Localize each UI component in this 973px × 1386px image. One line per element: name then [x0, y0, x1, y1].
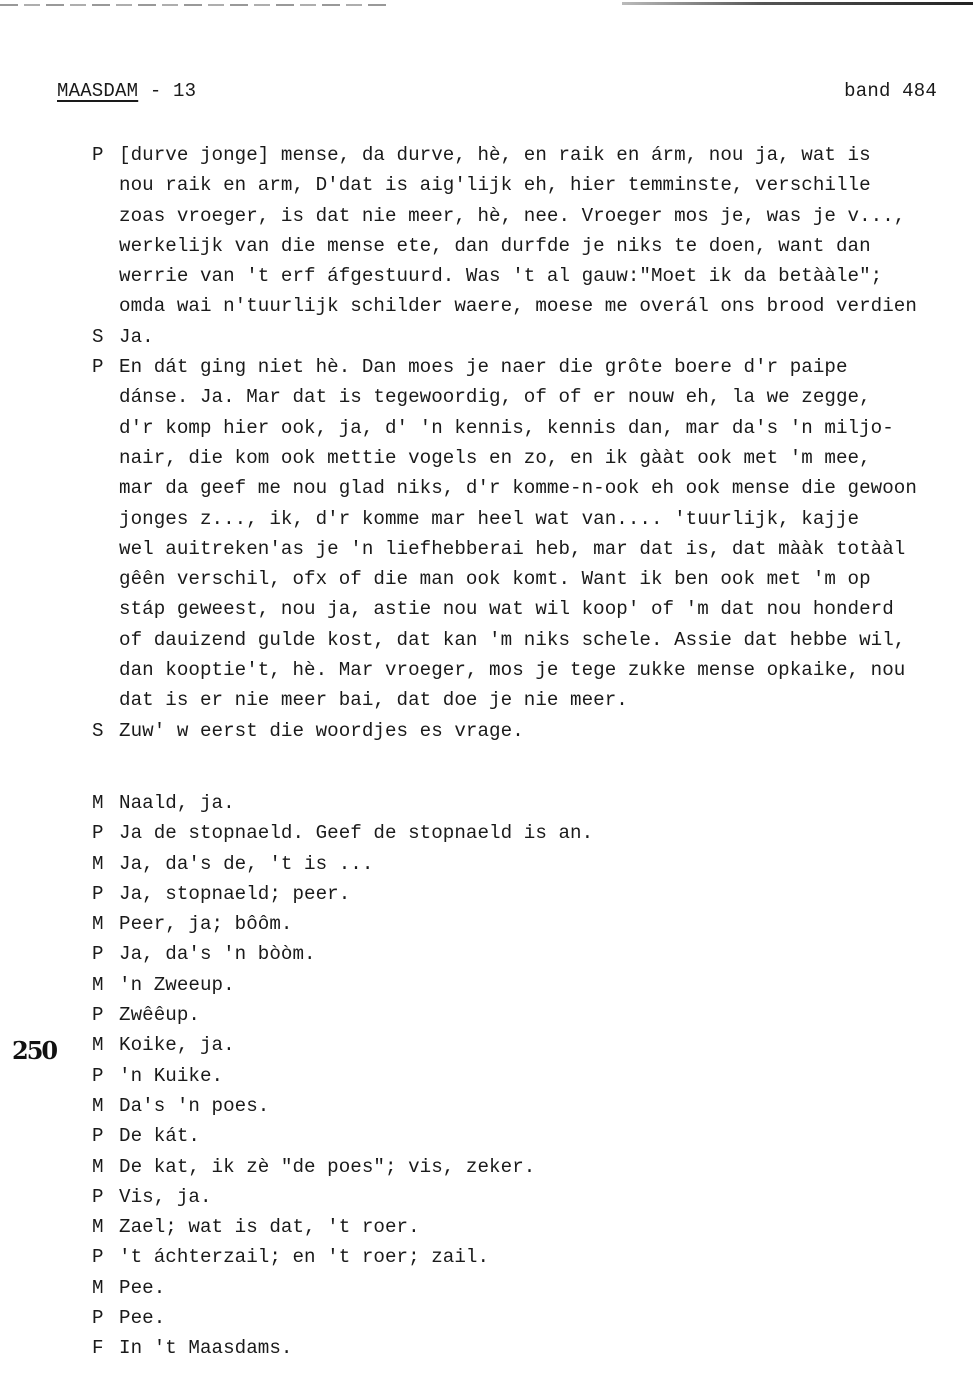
margin-tape-counter: 250: [12, 1036, 56, 1065]
transcript-word-list: MNaald, ja.PJa de stopnaeld. Geef de sto…: [92, 788, 972, 1364]
utterance-text: dánse. Ja. Mar dat is tegewoordig, of of…: [119, 386, 871, 408]
transcript-line: SJa.: [92, 322, 972, 352]
utterance-text: Ja.: [119, 326, 154, 348]
speaker-label: P: [92, 1121, 119, 1151]
speaker-label: M: [92, 970, 119, 1000]
speaker-label: P: [92, 1000, 119, 1030]
speaker-label: P: [92, 1303, 119, 1333]
speaker-label: P: [92, 1182, 119, 1212]
utterance-text: Zuw' w eerst die woordjes es vrage.: [119, 720, 524, 742]
utterance-text: 'n Kuike.: [119, 1065, 223, 1087]
transcript-line: P[durve jonge] mense, da durve, hè, en r…: [92, 140, 972, 170]
utterance-text: Pee.: [119, 1277, 165, 1299]
transcript-dialogue: P[durve jonge] mense, da durve, hè, en r…: [92, 140, 972, 746]
utterance-text: De kat, ik zè "de poes"; vis, zeker.: [119, 1156, 535, 1178]
transcript-line: P'n Kuike.: [92, 1061, 972, 1091]
utterance-text: dat is er nie meer bai, dat doe je nie m…: [119, 689, 628, 711]
transcript-line: MZael; wat is dat, 't roer.: [92, 1212, 972, 1242]
utterance-text: omda wai n'tuurlijk schilder waere, moes…: [119, 295, 917, 317]
transcript-line: PEn dát ging niet hè. Dan moes je naer d…: [92, 352, 972, 382]
speaker-label: M: [92, 1030, 119, 1060]
speaker-label: M: [92, 1152, 119, 1182]
transcript-line: SZuw' w eerst die woordjes es vrage.: [92, 716, 972, 746]
speaker-label: M: [92, 1273, 119, 1303]
utterance-text: Vis, ja.: [119, 1186, 212, 1208]
utterance-text: 't áchterzail; en 't roer; zail.: [119, 1246, 489, 1268]
transcript-line-continuation: d'r komp hier ook, ja, d' 'n kennis, ken…: [92, 413, 972, 443]
transcript-line-continuation: zoas vroeger, is dat nie meer, hè, nee. …: [92, 201, 972, 231]
transcript-line-continuation: werkelijk van die mense ete, dan durfde …: [92, 231, 972, 261]
band-number: band 484: [844, 80, 937, 102]
transcript-line: M'n Zweeup.: [92, 970, 972, 1000]
utterance-text: Peer, ja; bôôm.: [119, 913, 292, 935]
utterance-text: [durve jonge] mense, da durve, hè, en ra…: [119, 144, 871, 166]
transcript-line: P't áchterzail; en 't roer; zail.: [92, 1242, 972, 1272]
utterance-text: stáp geweest, nou ja, astie nou wat wil …: [119, 598, 894, 620]
transcript-line-continuation: nair, die kom ook mettie vogels en zo, e…: [92, 443, 972, 473]
transcript-line: MDe kat, ik zè "de poes"; vis, zeker.: [92, 1152, 972, 1182]
utterance-text: Naald, ja.: [119, 792, 235, 814]
transcript-line: MJa, da's de, 't is ...: [92, 849, 972, 879]
speaker-label: P: [92, 1061, 119, 1091]
transcript-line: PDe kát.: [92, 1121, 972, 1151]
transcript-line: FIn 't Maasdams.: [92, 1333, 972, 1363]
speaker-label: M: [92, 788, 119, 818]
section-gap: [92, 746, 972, 788]
transcript-line: PVis, ja.: [92, 1182, 972, 1212]
speaker-label: P: [92, 352, 119, 382]
speaker-label: S: [92, 716, 119, 746]
scan-artifact-left: [0, 4, 390, 6]
transcript-line: MPeer, ja; bôôm.: [92, 909, 972, 939]
transcript-line-continuation: stáp geweest, nou ja, astie nou wat wil …: [92, 594, 972, 624]
utterance-text: jonges z..., ik, d'r komme mar heel wat …: [119, 508, 859, 530]
speaker-label: P: [92, 1242, 119, 1272]
scan-artifact-right: [622, 2, 973, 5]
utterance-text: mar da geef me nou glad niks, d'r komme-…: [119, 477, 917, 499]
transcript-line-continuation: mar da geef me nou glad niks, d'r komme-…: [92, 473, 972, 503]
transcript-line: MDa's 'n poes.: [92, 1091, 972, 1121]
speaker-label: M: [92, 1212, 119, 1242]
utterance-text: zoas vroeger, is dat nie meer, hè, nee. …: [119, 205, 905, 227]
page-header: MAASDAM - 13 band 484: [57, 80, 937, 108]
utterance-text: Ja, da's de, 't is ...: [119, 853, 373, 875]
speaker-label: M: [92, 909, 119, 939]
transcript-line: PJa, stopnaeld; peer.: [92, 879, 972, 909]
speaker-label: P: [92, 818, 119, 848]
speaker-label: P: [92, 879, 119, 909]
utterance-text: Koike, ja.: [119, 1034, 235, 1056]
speaker-label: P: [92, 939, 119, 969]
transcript-line-continuation: nou raik en arm, D'dat is aig'lijk eh, h…: [92, 170, 972, 200]
transcript-line-continuation: of dauizend gulde kost, dat kan 'm niks …: [92, 625, 972, 655]
utterance-text: Ja, stopnaeld; peer.: [119, 883, 350, 905]
utterance-text: Zael; wat is dat, 't roer.: [119, 1216, 420, 1238]
transcript-line-continuation: jonges z..., ik, d'r komme mar heel wat …: [92, 504, 972, 534]
utterance-text: Ja de stopnaeld. Geef de stopnaeld is an…: [119, 822, 593, 844]
utterance-text: wel auitreken'as je 'n liefhebberai heb,…: [119, 538, 905, 560]
utterance-text: Ja, da's 'n bòòm.: [119, 943, 316, 965]
transcript: P[durve jonge] mense, da durve, hè, en r…: [92, 140, 972, 1364]
transcript-line-continuation: gêên verschil, ofx of die man ook komt. …: [92, 564, 972, 594]
utterance-text: 'n Zweeup.: [119, 974, 235, 996]
transcript-line-continuation: dan kooptie't, hè. Mar vroeger, mos je t…: [92, 655, 972, 685]
speaker-label: M: [92, 1091, 119, 1121]
speaker-label: M: [92, 849, 119, 879]
transcript-line: PJa, da's 'n bòòm.: [92, 939, 972, 969]
utterance-text: of dauizend gulde kost, dat kan 'm niks …: [119, 629, 905, 651]
transcript-line: PZwêêup.: [92, 1000, 972, 1030]
utterance-text: dan kooptie't, hè. Mar vroeger, mos je t…: [119, 659, 905, 681]
utterance-text: werkelijk van die mense ete, dan durfde …: [119, 235, 871, 257]
utterance-text: nair, die kom ook mettie vogels en zo, e…: [119, 447, 871, 469]
speaker-label: P: [92, 140, 119, 170]
place-name: MAASDAM: [57, 80, 138, 102]
speaker-label: F: [92, 1333, 119, 1363]
transcript-line-continuation: dánse. Ja. Mar dat is tegewoordig, of of…: [92, 382, 972, 412]
title-separator: -: [138, 80, 173, 102]
transcript-line-continuation: werrie van 't erf áfgestuurd. Was 't al …: [92, 261, 972, 291]
utterance-text: d'r komp hier ook, ja, d' 'n kennis, ken…: [119, 417, 894, 439]
transcript-line-continuation: dat is er nie meer bai, dat doe je nie m…: [92, 685, 972, 715]
utterance-text: In 't Maasdams.: [119, 1337, 292, 1359]
transcript-line: PJa de stopnaeld. Geef de stopnaeld is a…: [92, 818, 972, 848]
utterance-text: En dát ging niet hè. Dan moes je naer di…: [119, 356, 848, 378]
utterance-text: gêên verschil, ofx of die man ook komt. …: [119, 568, 871, 590]
transcript-line-continuation: omda wai n'tuurlijk schilder waere, moes…: [92, 291, 972, 321]
page-number: 13: [173, 80, 196, 102]
transcript-line: PPee.: [92, 1303, 972, 1333]
utterance-text: werrie van 't erf áfgestuurd. Was 't al …: [119, 265, 882, 287]
transcript-line: MPee.: [92, 1273, 972, 1303]
utterance-text: nou raik en arm, D'dat is aig'lijk eh, h…: [119, 174, 871, 196]
utterance-text: Da's 'n poes.: [119, 1095, 269, 1117]
page-title: MAASDAM - 13: [57, 80, 196, 102]
speaker-label: S: [92, 322, 119, 352]
transcript-line-continuation: wel auitreken'as je 'n liefhebberai heb,…: [92, 534, 972, 564]
transcript-line: MNaald, ja.: [92, 788, 972, 818]
transcript-line: MKoike, ja.: [92, 1030, 972, 1060]
utterance-text: Zwêêup.: [119, 1004, 200, 1026]
utterance-text: Pee.: [119, 1307, 165, 1329]
utterance-text: De kát.: [119, 1125, 200, 1147]
